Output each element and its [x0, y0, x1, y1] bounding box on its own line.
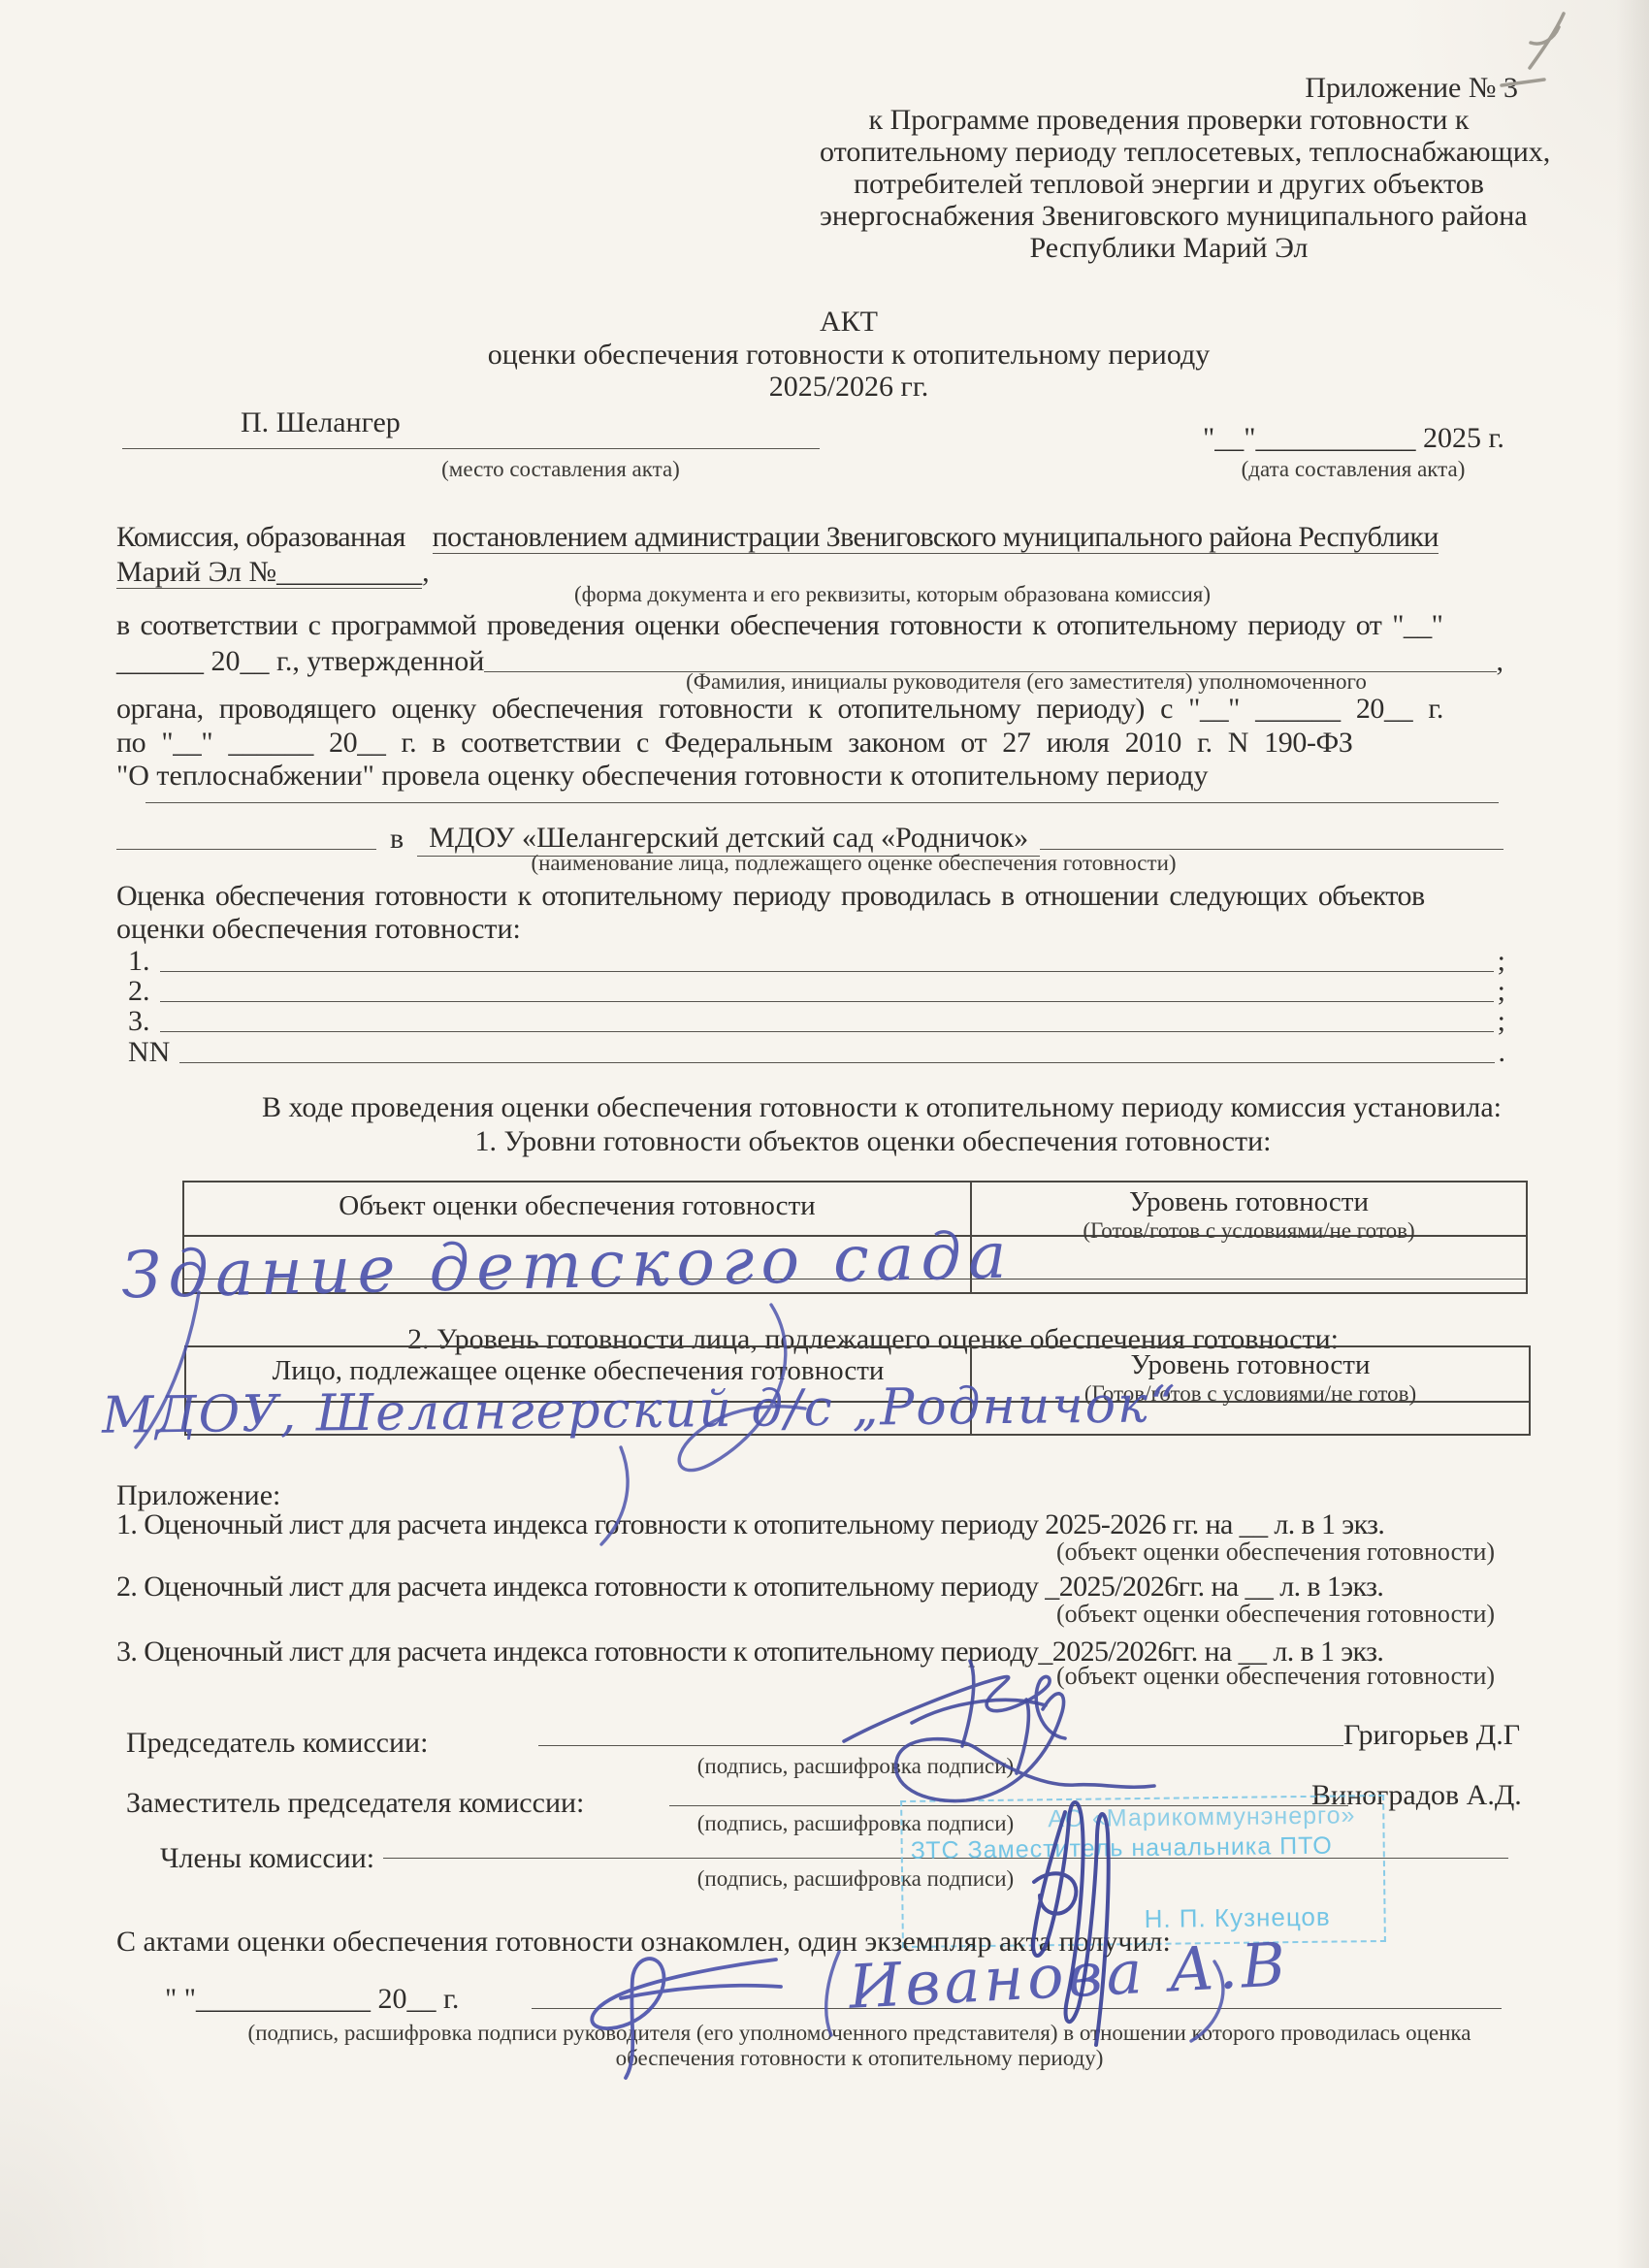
header-line-5: энергоснабжения Звениговского муниципаль… [820, 199, 1518, 234]
place-value: П. Шелангер [241, 405, 401, 440]
commission-caption-2: (Фамилия, инициалы руководителя (его зам… [541, 668, 1511, 695]
list-item-punct: ; [1498, 1004, 1505, 1039]
handwritten-person-entry: МДОУ, Шелангерский д/с „Родничок“ [102, 1376, 1178, 1445]
list-item-number: NN [128, 1035, 170, 1070]
document-subtitle: оценки обеспечения готовности к отопител… [116, 338, 1581, 373]
header-line-6: Республики Марий Эл [820, 231, 1518, 266]
header-line-2: к Программе проведения проверки готовнос… [820, 103, 1518, 138]
subject-caption: (наименование лица, подлежащего оценке о… [369, 850, 1339, 876]
table1-col2-header: Уровень готовности [972, 1183, 1526, 1218]
findings-point-1: 1. Уровни готовности объектов оценки обе… [194, 1124, 1552, 1159]
object-list-item: NN . [128, 1037, 1505, 1070]
scanned-document-page: Приложение № 3 к Программе проведения пр… [0, 0, 1649, 2268]
blank-line [116, 849, 376, 850]
signature-caption: (подпись, расшифровка подписи) [419, 1753, 1292, 1779]
blank-line [145, 802, 1499, 803]
chairman-label: Председатель комиссии: [126, 1726, 428, 1761]
appendix-item-3-caption: (объект оценки обеспечения готовности) [1028, 1663, 1523, 1689]
blank-line [179, 1062, 1494, 1063]
acknowledgement-caption-1: (подпись, расшифровка подписи руководите… [180, 2020, 1538, 2046]
commission-line-7: "О теплоснабжении" провела оценку обеспе… [116, 759, 1208, 794]
commission-caption: (форма документа и его реквизиты, которы… [407, 581, 1377, 607]
commission-line-3: в соответствии с программой проведения о… [116, 608, 1505, 643]
object-list-item: 1. ; [128, 946, 1505, 979]
blank-line [160, 1031, 1494, 1032]
chairman-name: Григорьев Д.Г [1343, 1718, 1520, 1753]
place-blank-line [122, 448, 820, 449]
appendix-number: Приложение № 3 [820, 71, 1518, 106]
blank-line [160, 1001, 1494, 1002]
date-caption: (дата составления акта) [1203, 456, 1503, 482]
line4-prefix: ______ 20__ г., утвержденной [116, 644, 484, 679]
header-line-3: отопительному периоду теплосетевых, тепл… [820, 135, 1518, 170]
place-caption: (место составления акта) [318, 456, 803, 482]
chairman-signature-line [538, 1745, 1343, 1746]
appendix-item-1-caption: (объект оценки обеспечения готовности) [1028, 1539, 1523, 1565]
commission-insert-2: Марий Эл №__________ [116, 556, 422, 589]
object-list-item: 3. ; [128, 1006, 1505, 1039]
document-title: АКТ [116, 305, 1581, 340]
commission-line-6: по "__" ______ 20__ г. в соответствии с … [116, 726, 1505, 761]
acknowledgement-caption-2: обеспечения готовности к отопительному п… [180, 2045, 1538, 2071]
commission-line-2: Марий Эл №__________, [116, 555, 430, 590]
commission-prefix: Комиссия, образованная [116, 521, 405, 553]
commission-line-5: органа, проводящего оценку обеспечения г… [116, 692, 1505, 727]
date-value: "__"___________ 2025 г. [1203, 421, 1504, 456]
stamp-org-name: АО «Марикоммунэнерго» [1048, 1801, 1355, 1833]
stamp-position: ЗТС Заместитель начальника ПТО [911, 1832, 1333, 1865]
document-period: 2025/2026 гг. [116, 370, 1581, 405]
members-label: Члены комиссии: [160, 1841, 374, 1876]
list-item-punct: . [1499, 1035, 1506, 1070]
list-item-number: 3. [128, 1004, 150, 1039]
blank-line [160, 971, 1494, 972]
stamp-person-name: Н. П. Кузнецов [1144, 1902, 1330, 1934]
appendix-item-2-caption: (объект оценки обеспечения готовности) [1028, 1601, 1523, 1627]
header-line-4: потребителей тепловой энергии и других о… [820, 167, 1518, 202]
subject-para-1: Оценка обеспечения готовности к отопител… [116, 879, 1505, 914]
findings-intro: В ходе проведения оценки обеспечения гот… [262, 1090, 1502, 1125]
commission-insert-1: постановлением администрации Звениговско… [433, 521, 1439, 554]
object-list-item: 2. ; [128, 976, 1505, 1009]
subject-para-2: оценки обеспечения готовности: [116, 912, 521, 947]
acknowledgement-date: " "____________ 20__ г. [165, 1982, 459, 2017]
commission-line-1: Комиссия, образованная постановлением ад… [116, 520, 1439, 555]
deputy-signature-icon [896, 1694, 1154, 1801]
